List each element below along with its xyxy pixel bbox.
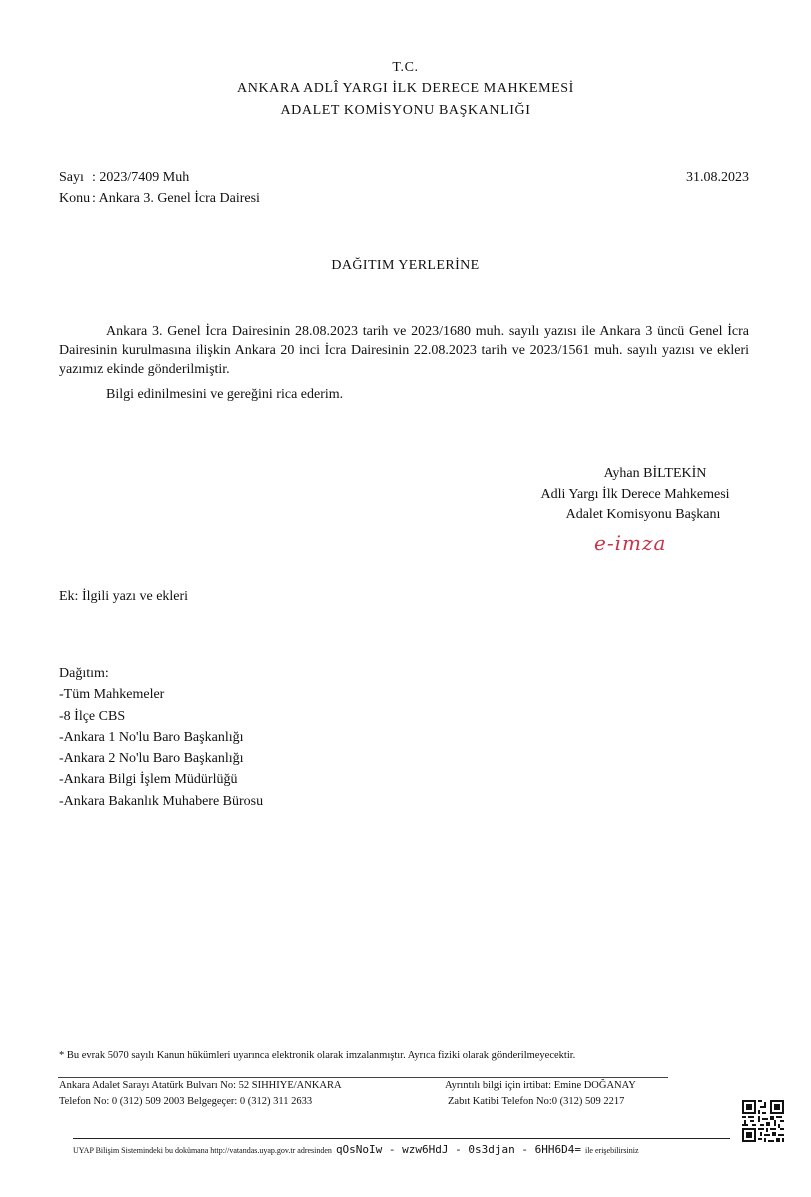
distribution-item: -Ankara 1 No'lu Baro Başkanlığı: [59, 730, 243, 746]
e-signature-notice: * Bu evrak 5070 sayılı Kanun hükümleri u…: [59, 1050, 575, 1061]
header-tc: T.C.: [0, 60, 811, 76]
distribution-item: -Ankara Bakanlık Muhabere Bürosu: [59, 794, 263, 810]
konu-label: Konu: [59, 191, 92, 207]
konu-value: : Ankara 3. Genel İcra Dairesi: [92, 191, 260, 206]
body-paragraph: Ankara 3. Genel İcra Dairesinin 28.08.20…: [59, 322, 749, 379]
header-court: ANKARA ADLÎ YARGI İLK DERECE MAHKEMESİ: [0, 81, 811, 97]
distribution-label: Dağıtım:: [59, 666, 109, 682]
signer-name: Ayhan BİLTEKİN: [520, 466, 790, 482]
distribution-item: -8 İlçe CBS: [59, 709, 125, 725]
konu-row: Konu: Ankara 3. Genel İcra Dairesi: [59, 191, 260, 207]
e-imza-stamp: e-imza: [594, 531, 666, 555]
distribution-item: -Ankara Bilgi İşlem Müdürlüğü: [59, 772, 237, 788]
uyap-access-line: UYAP Bilişim Sistemindeki bu dokümana ht…: [73, 1140, 639, 1158]
header-commission: ADALET KOMİSYONU BAŞKANLIĞI: [0, 103, 811, 119]
qr-code-icon: [742, 1100, 784, 1142]
footer-contact: Ayrıntılı bilgi için irtibat: Emine DOĞA…: [445, 1080, 636, 1091]
sayi-label: Sayı: [59, 170, 92, 186]
attachment-note: Ek: İlgili yazı ve ekleri: [59, 589, 188, 605]
signer-title-2: Adalet Komisyonu Başkanı: [508, 507, 778, 523]
sayi-value: : 2023/7409 Muh: [92, 170, 189, 185]
uyap-verification-code: qOsNoIw - wzw6HdJ - 0s3djan - 6HH6D4=: [336, 1143, 581, 1156]
sayi-row: Sayı: 2023/7409 Muh: [59, 170, 189, 186]
document-date: 31.08.2023: [686, 170, 749, 186]
uyap-prefix: UYAP Bilişim Sistemindeki bu dokümana ht…: [73, 1146, 332, 1155]
footer-contact-phone: Zabıt Katibi Telefon No:0 (312) 509 2217: [448, 1096, 624, 1107]
footer-address: Ankara Adalet Sarayı Atatürk Bulvarı No:…: [59, 1080, 342, 1091]
uyap-suffix: ile erişebilirsiniz: [585, 1146, 639, 1155]
body-closing: Bilgi edinilmesini ve gereğini rica eder…: [59, 385, 749, 404]
footer-phones: Telefon No: 0 (312) 509 2003 Belgegeçer:…: [59, 1096, 312, 1107]
signer-title-1: Adli Yargı İlk Derece Mahkemesi: [500, 487, 770, 503]
distribution-item: -Tüm Mahkemeler: [59, 687, 164, 703]
uyap-divider: [73, 1138, 730, 1139]
distribution-item: -Ankara 2 No'lu Baro Başkanlığı: [59, 751, 243, 767]
footer-divider: [58, 1077, 668, 1078]
recipient-heading: DAĞITIM YERLERİNE: [0, 258, 811, 274]
